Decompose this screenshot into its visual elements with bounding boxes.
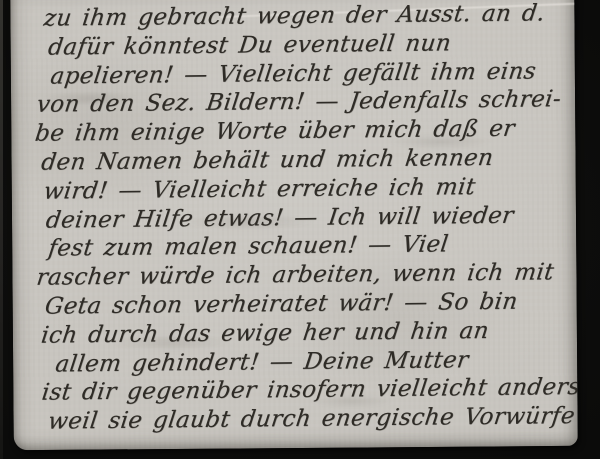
handwriting-line: weil sie glaubt durch energische Vorwürf… <box>46 402 570 436</box>
scan-edge-strip <box>0 0 3 459</box>
handwriting-block: zu ihm gebracht wegen der Ausst. an d. d… <box>32 0 568 437</box>
letter-page: zu ihm gebracht wegen der Ausst. an d. d… <box>10 0 578 450</box>
scan-background: zu ihm gebracht wegen der Ausst. an d. d… <box>0 0 600 459</box>
